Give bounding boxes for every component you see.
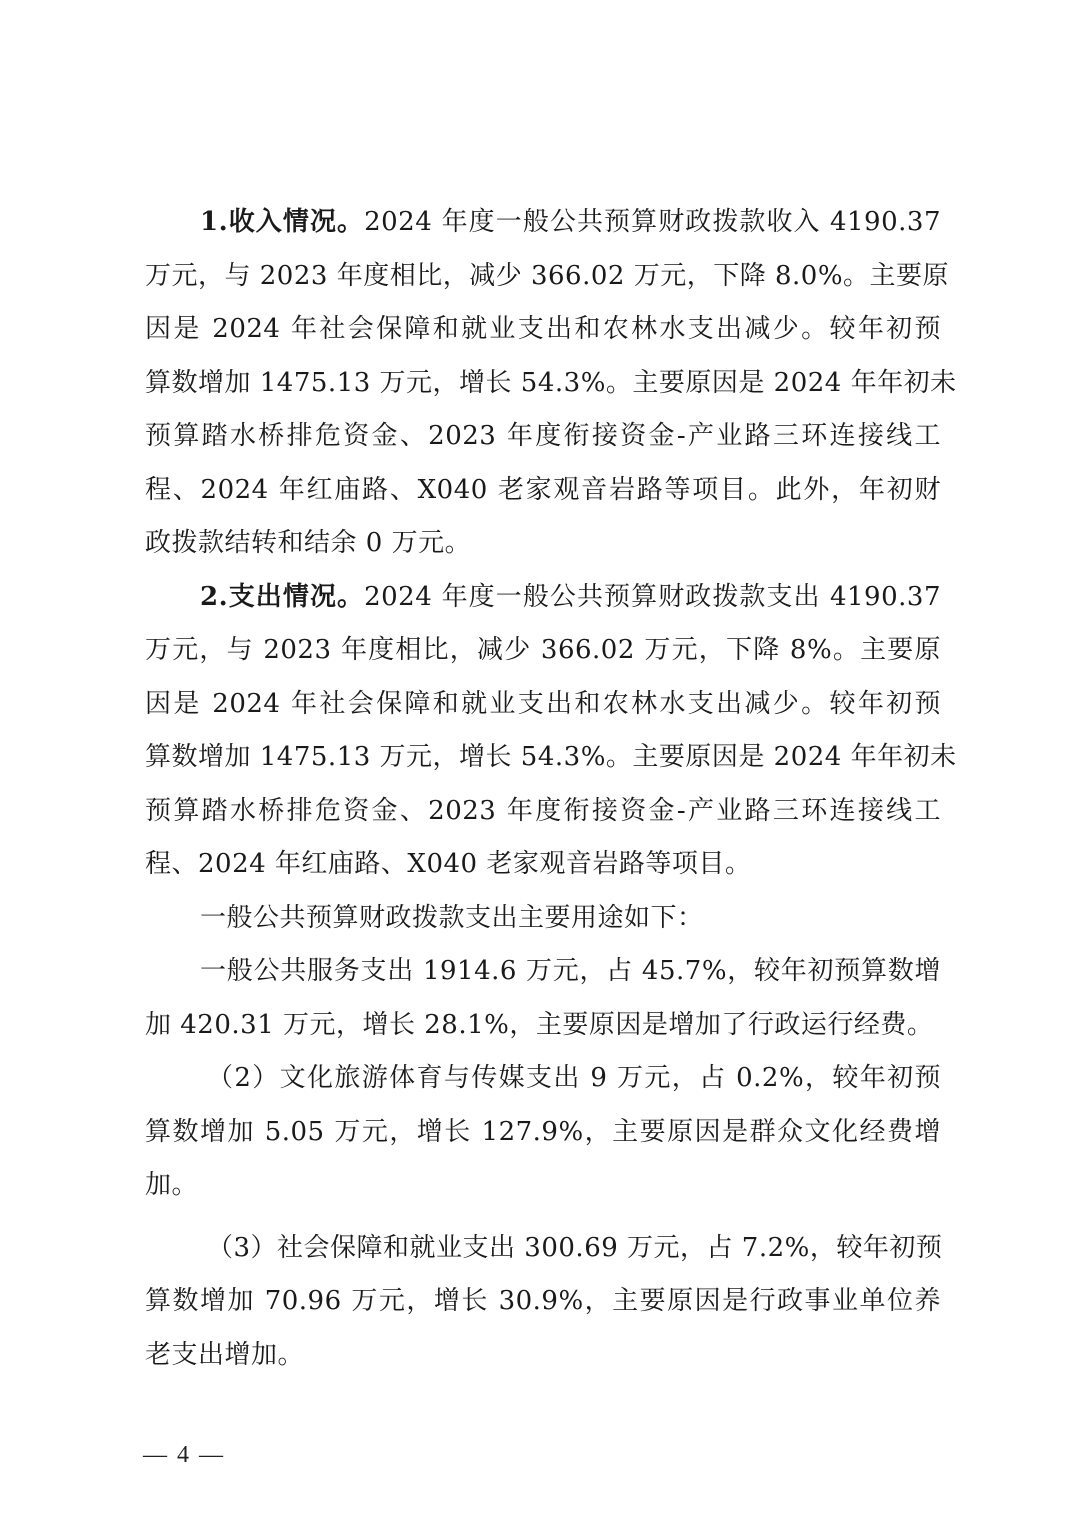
section1-line-6: 程、2024 年红庙路、X040 老家观音岩路等项目。此外，年初财 xyxy=(145,464,941,518)
item2-line-2: 算数增加 5.05 万元，增长 127.9%，主要原因是群众文化经费增 xyxy=(145,1106,941,1160)
item1-line-1: 一般公共服务支出 1914.6 万元，占 45.7%，较年初预算数增 xyxy=(145,945,941,999)
section2-line-5: 预算踏水桥排危资金、2023 年度衔接资金-产业路三环连接线工 xyxy=(145,785,941,839)
section2-line-2: 万元，与 2023 年度相比，减少 366.02 万元，下降 8%。主要原 xyxy=(145,624,941,678)
section1-line-7: 政拨款结转和结余 0 万元。 xyxy=(145,517,941,571)
spacer xyxy=(145,1213,941,1222)
item1-line-2: 加 420.31 万元，增长 28.1%，主要原因是增加了行政运行经费。 xyxy=(145,999,941,1053)
page-number: — 4 — xyxy=(143,1440,225,1470)
item2-line-1: （2）文化旅游体育与传媒支出 9 万元，占 0.2%，较年初预 xyxy=(145,1052,941,1106)
document-page: 1.收入情况。2024 年度一般公共预算财政拨款收入 4190.37 万元，与 … xyxy=(145,196,941,1382)
section1-line-3: 因是 2024 年社会保障和就业支出和农林水支出减少。较年初预 xyxy=(145,303,941,357)
section2-line-4: 算数增加 1475.13 万元，增长 54.3%。主要原因是 2024 年年初未 xyxy=(145,731,941,785)
section1-line-5: 预算踏水桥排危资金、2023 年度衔接资金-产业路三环连接线工 xyxy=(145,410,941,464)
section1-line-4: 算数增加 1475.13 万元，增长 54.3%。主要原因是 2024 年年初未 xyxy=(145,357,941,411)
item3-line-1: （3）社会保障和就业支出 300.69 万元，占 7.2%，较年初预 xyxy=(145,1222,941,1276)
section2-heading: 2.支出情况。 xyxy=(200,582,364,612)
usage-intro: 一般公共预算财政拨款支出主要用途如下： xyxy=(145,892,941,946)
section2-line-6: 程、2024 年红庙路、X040 老家观音岩路等项目。 xyxy=(145,838,941,892)
section1-heading: 1.收入情况。 xyxy=(200,207,364,237)
section1-line-1: 1.收入情况。2024 年度一般公共预算财政拨款收入 4190.37 xyxy=(145,196,941,250)
item2-line-3: 加。 xyxy=(145,1159,941,1213)
section2-line-3: 因是 2024 年社会保障和就业支出和农林水支出减少。较年初预 xyxy=(145,678,941,732)
section2-line-1: 2.支出情况。2024 年度一般公共预算财政拨款支出 4190.37 xyxy=(145,571,941,625)
section1-line-2: 万元，与 2023 年度相比，减少 366.02 万元，下降 8.0%。主要原 xyxy=(145,250,941,304)
item3-line-3: 老支出增加。 xyxy=(145,1329,941,1383)
item3-line-2: 算数增加 70.96 万元，增长 30.9%，主要原因是行政事业单位养 xyxy=(145,1275,941,1329)
